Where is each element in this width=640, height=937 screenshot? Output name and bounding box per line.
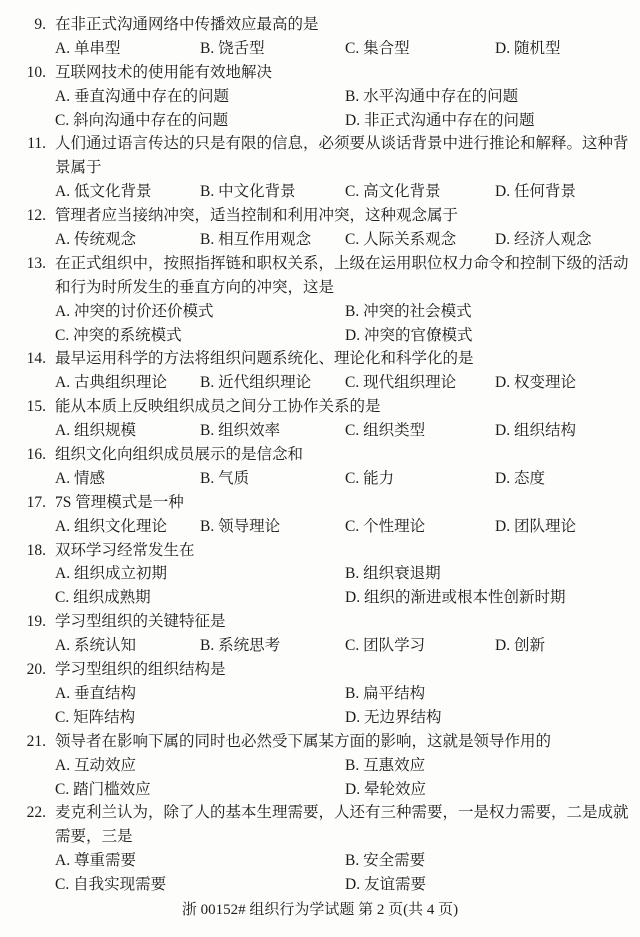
question: 11.人们通过语言传达的只是有限的信息，必须要从谈话背景中进行推论和解释。这种背… [0, 132, 640, 204]
question-number: 9. [0, 13, 46, 37]
question-stem: 学习型组织的关键特征是 [55, 610, 226, 634]
option-d: D. 创新 [495, 634, 545, 658]
option-a: A. 低文化背景 [55, 180, 200, 204]
options-row: A. 单串型B. 饶舌型C. 集合型D. 随机型 [0, 37, 640, 61]
option-a: A. 单串型 [55, 37, 200, 61]
option-a: A. 尊重需要 [55, 849, 345, 873]
option-b: B. 冲突的社会模式 [345, 300, 472, 324]
question-list: 9.在非正式沟通网络中传播效应最高的是A. 单串型B. 饶舌型C. 集合型D. … [0, 13, 640, 897]
option-d: D. 权变理论 [495, 371, 576, 395]
option-a: A. 情感 [55, 467, 200, 491]
option-b: B. 近代组织理论 [200, 371, 345, 395]
option-c: C. 矩阵结构 [55, 706, 345, 730]
question-stem-continuation: 和行为时所发生的垂直方向的冲突，这是 [0, 276, 640, 300]
options-row: A. 古典组织理论B. 近代组织理论C. 现代组织理论D. 权变理论 [0, 371, 640, 395]
option-d: D. 非正式沟通中存在的问题 [345, 109, 534, 133]
option-c: C. 人际关系观念 [345, 228, 495, 252]
option-d: D. 晕轮效应 [345, 778, 426, 802]
question-stem: 组织文化向组织成员展示的是信念和 [55, 443, 303, 467]
question-stem: 双环学习经常发生在 [55, 539, 195, 563]
question: 16.组织文化向组织成员展示的是信念和A. 情感B. 气质C. 能力D. 态度 [0, 443, 640, 491]
options-row: A. 传统观念B. 相互作用观念C. 人际关系观念D. 经济人观念 [0, 228, 640, 252]
options-row: A. 低文化背景B. 中文化背景C. 高文化背景D. 任何背景 [0, 180, 640, 204]
question: 10.互联网技术的使用能有效地解决A. 垂直沟通中存在的问题B. 水平沟通中存在… [0, 61, 640, 133]
options-row: C. 矩阵结构D. 无边界结构 [0, 706, 640, 730]
options-row: A. 系统认知B. 系统思考C. 团队学习D. 创新 [0, 634, 640, 658]
question-number: 16. [0, 443, 46, 467]
option-d: D. 组织的渐进或根本性创新时期 [345, 586, 565, 610]
option-c: C. 集合型 [345, 37, 495, 61]
question-number: 14. [0, 347, 46, 371]
question-stem: 互联网技术的使用能有效地解决 [55, 61, 272, 85]
option-b: B. 互惠效应 [345, 754, 425, 778]
option-c: C. 自我实现需要 [55, 873, 345, 897]
option-a: A. 垂直结构 [55, 682, 345, 706]
option-d: D. 经济人观念 [495, 228, 591, 252]
options-row: A. 组织规模B. 组织效率C. 组织类型D. 组织结构 [0, 419, 640, 443]
options-row: C. 斜向沟通中存在的问题D. 非正式沟通中存在的问题 [0, 109, 640, 133]
question-number: 22. [0, 801, 46, 825]
option-b: B. 相互作用观念 [200, 228, 345, 252]
question-stem: 能从本质上反映组织成员之间分工协作关系的是 [55, 395, 381, 419]
options-row: C. 冲突的系统模式D. 冲突的官僚模式 [0, 324, 640, 348]
option-d: D. 随机型 [495, 37, 560, 61]
question-stem: 人们通过语言传达的只是有限的信息，必须要从谈话背景中进行推论和解释。这种背 [55, 132, 629, 156]
option-c: C. 组织类型 [345, 419, 495, 443]
question-number: 10. [0, 61, 46, 85]
options-row: A. 互动效应B. 互惠效应 [0, 754, 640, 778]
question: 18.双环学习经常发生在A. 组织成立初期B. 组织衰退期C. 组织成熟期D. … [0, 539, 640, 611]
option-b: B. 系统思考 [200, 634, 345, 658]
option-d: D. 态度 [495, 467, 545, 491]
page-footer: 浙 00152# 组织行为学试题 第 2 页(共 4 页) [0, 898, 640, 919]
options-row: A. 垂直结构B. 扁平结构 [0, 682, 640, 706]
question: 20.学习型组织的组织结构是A. 垂直结构B. 扁平结构C. 矩阵结构D. 无边… [0, 658, 640, 730]
exam-page: 9.在非正式沟通网络中传播效应最高的是A. 单串型B. 饶舌型C. 集合型D. … [0, 0, 640, 937]
options-row: A. 尊重需要B. 安全需要 [0, 849, 640, 873]
option-a: A. 系统认知 [55, 634, 200, 658]
option-a: A. 组织规模 [55, 419, 200, 443]
question: 19.学习型组织的关键特征是A. 系统认知B. 系统思考C. 团队学习D. 创新 [0, 610, 640, 658]
question: 15.能从本质上反映组织成员之间分工协作关系的是A. 组织规模B. 组织效率C.… [0, 395, 640, 443]
option-a: A. 垂直沟通中存在的问题 [55, 85, 345, 109]
question-stem-continuation: 需要，三是 [0, 825, 640, 849]
option-c: C. 个性理论 [345, 515, 495, 539]
question-number: 11. [0, 132, 46, 156]
question-stem: 在非正式沟通网络中传播效应最高的是 [55, 13, 319, 37]
option-b: B. 水平沟通中存在的问题 [345, 85, 518, 109]
option-b: B. 饶舌型 [200, 37, 345, 61]
options-row: C. 自我实现需要D. 友谊需要 [0, 873, 640, 897]
option-d: D. 任何背景 [495, 180, 576, 204]
option-c: C. 能力 [345, 467, 495, 491]
question: 22.麦克利兰认为，除了人的基本生理需要，人还有三种需要，一是权力需要，二是成就… [0, 801, 640, 897]
question-stem: 麦克利兰认为，除了人的基本生理需要，人还有三种需要，一是权力需要，二是成就 [55, 801, 629, 825]
option-a: A. 组织文化理论 [55, 515, 200, 539]
options-row: A. 垂直沟通中存在的问题B. 水平沟通中存在的问题 [0, 85, 640, 109]
question: 14.最早运用科学的方法将组织问题系统化、理论化和科学化的是A. 古典组织理论B… [0, 347, 640, 395]
question: 17.7S 管理模式是一种A. 组织文化理论B. 领导理论C. 个性理论D. 团… [0, 491, 640, 539]
question-number: 20. [0, 658, 46, 682]
question-stem: 学习型组织的组织结构是 [55, 658, 226, 682]
options-row: A. 情感B. 气质C. 能力D. 态度 [0, 467, 640, 491]
options-row: C. 组织成熟期D. 组织的渐进或根本性创新时期 [0, 586, 640, 610]
question-number: 13. [0, 252, 46, 276]
question: 9.在非正式沟通网络中传播效应最高的是A. 单串型B. 饶舌型C. 集合型D. … [0, 13, 640, 61]
option-c: C. 冲突的系统模式 [55, 324, 345, 348]
option-a: A. 互动效应 [55, 754, 345, 778]
option-d: D. 无边界结构 [345, 706, 441, 730]
option-b: B. 中文化背景 [200, 180, 345, 204]
option-b: B. 组织衰退期 [345, 562, 441, 586]
option-d: D. 团队理论 [495, 515, 576, 539]
options-row: A. 组织文化理论B. 领导理论C. 个性理论D. 团队理论 [0, 515, 640, 539]
option-c: C. 踏门槛效应 [55, 778, 345, 802]
question-stem: 最早运用科学的方法将组织问题系统化、理论化和科学化的是 [55, 347, 474, 371]
question-stem-continuation: 景属于 [0, 156, 640, 180]
option-c: C. 团队学习 [345, 634, 495, 658]
options-row: A. 组织成立初期B. 组织衰退期 [0, 562, 640, 586]
question: 12.管理者应当接纳冲突，适当控制和利用冲突，这种观念属于A. 传统观念B. 相… [0, 204, 640, 252]
option-b: B. 气质 [200, 467, 345, 491]
options-row: A. 冲突的讨价还价模式B. 冲突的社会模式 [0, 300, 640, 324]
question: 13.在正式组织中，按照指挥链和职权关系，上级在运用职位权力命令和控制下级的活动… [0, 252, 640, 348]
options-row: C. 踏门槛效应D. 晕轮效应 [0, 778, 640, 802]
question-stem: 7S 管理模式是一种 [55, 491, 184, 515]
question-number: 15. [0, 395, 46, 419]
question-number: 17. [0, 491, 46, 515]
option-d: D. 友谊需要 [345, 873, 426, 897]
option-a: A. 组织成立初期 [55, 562, 345, 586]
option-d: D. 冲突的官僚模式 [345, 324, 472, 348]
option-a: A. 传统观念 [55, 228, 200, 252]
option-b: B. 组织效率 [200, 419, 345, 443]
option-d: D. 组织结构 [495, 419, 576, 443]
question-stem: 领导者在影响下属的同时也必然受下属某方面的影响，这就是领导作用的 [55, 730, 551, 754]
question-number: 18. [0, 539, 46, 563]
option-b: B. 领导理论 [200, 515, 345, 539]
question-stem: 在正式组织中，按照指挥链和职权关系，上级在运用职位权力命令和控制下级的活动 [55, 252, 629, 276]
question-stem: 管理者应当接纳冲突，适当控制和利用冲突，这种观念属于 [55, 204, 458, 228]
question-number: 12. [0, 204, 46, 228]
option-c: C. 高文化背景 [345, 180, 495, 204]
option-c: C. 斜向沟通中存在的问题 [55, 109, 345, 133]
question-number: 21. [0, 730, 46, 754]
option-a: A. 古典组织理论 [55, 371, 200, 395]
option-c: C. 现代组织理论 [345, 371, 495, 395]
option-c: C. 组织成熟期 [55, 586, 345, 610]
option-a: A. 冲突的讨价还价模式 [55, 300, 345, 324]
question: 21.领导者在影响下属的同时也必然受下属某方面的影响，这就是领导作用的A. 互动… [0, 730, 640, 802]
option-b: B. 安全需要 [345, 849, 425, 873]
option-b: B. 扁平结构 [345, 682, 425, 706]
question-number: 19. [0, 610, 46, 634]
